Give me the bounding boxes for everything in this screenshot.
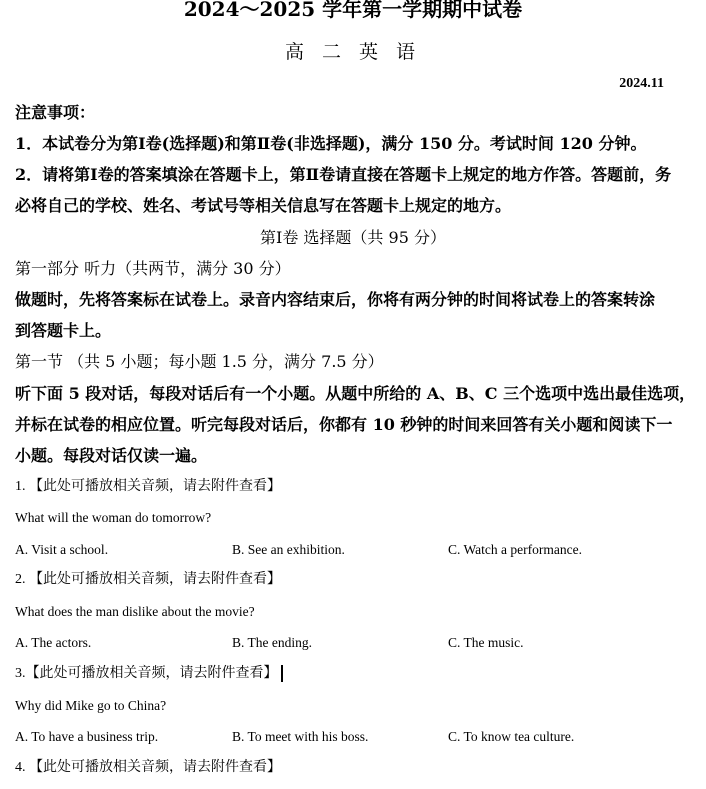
question-1-option-c: C. Watch a performance. <box>448 541 582 559</box>
section-1-instruction-line-3: 小题。每段对话仅读一遍。 <box>15 446 207 466</box>
question-number: 2. <box>15 572 26 587</box>
notice-heading: 注意事项： <box>15 103 95 123</box>
question-number: 3. <box>15 666 26 681</box>
question-2-option-c: C. The music. <box>448 634 524 652</box>
question-1-option-b: B. See an exhibition. <box>232 541 345 559</box>
part-1-heading: 第一部分 听力（共两节，满分 30 分） <box>15 259 291 279</box>
audio-placeholder: 【此处可播放相关音频，请去附件查看】 <box>29 572 281 587</box>
volume-1-heading: 第Ⅰ卷 选择题（共 95 分） <box>0 228 706 248</box>
question-number: 4. <box>15 760 26 775</box>
part-1-instruction-line-2: 到答题卡上。 <box>15 321 111 341</box>
question-1-text: What will the woman do tomorrow? <box>15 509 211 527</box>
question-3-text: Why did Mike go to China? <box>15 697 166 715</box>
audio-placeholder: 【此处可播放相关音频，请去附件查看】 <box>29 479 281 494</box>
section-1-instruction-line-2: 并标在试卷的相应位置。听完每段对话后，你都有 10 秒钟的时间来回答有关小题和阅… <box>15 415 672 435</box>
section-1-heading: 第一节 （共 5 小题；每小题 1.5 分，满分 7.5 分） <box>15 352 384 372</box>
exam-title: 2024～2025 学年第一学期期中试卷 <box>0 0 706 21</box>
audio-placeholder: 【此处可播放相关音频，请去附件查看】 <box>26 666 278 681</box>
audio-placeholder: 【此处可播放相关音频，请去附件查看】 <box>29 760 281 775</box>
question-4-audio[interactable]: 4. 【此处可播放相关音频，请去附件查看】 <box>15 759 281 777</box>
question-2-option-b: B. The ending. <box>232 634 312 652</box>
question-2-audio[interactable]: 2. 【此处可播放相关音频，请去附件查看】 <box>15 571 281 589</box>
question-2-text: What does the man dislike about the movi… <box>15 603 255 621</box>
exam-subject: 高 二 英 语 <box>0 40 706 64</box>
notice-item-1: 1．本试卷分为第Ⅰ卷(选择题)和第Ⅱ卷(非选择题)，满分 150 分。考试时间 … <box>15 134 646 154</box>
section-1-instruction-line-1: 听下面 5 段对话，每段对话后有一个小题。从题中所给的 A、B、C 三个选项中选… <box>15 384 695 404</box>
question-number: 1. <box>15 479 26 494</box>
question-1-audio[interactable]: 1. 【此处可播放相关音频，请去附件查看】 <box>15 478 281 496</box>
question-3-option-c: C. To know tea culture. <box>448 728 574 746</box>
exam-date: 2024.11 <box>619 76 664 92</box>
question-3-option-a: A. To have a business trip. <box>15 728 158 746</box>
question-1-option-a: A. Visit a school. <box>15 541 108 559</box>
notice-item-2-line-1: 2．请将第Ⅰ卷的答案填涂在答题卡上，第Ⅱ卷请直接在答题卡上规定的地方作答。答题前… <box>15 165 671 185</box>
question-2-option-a: A. The actors. <box>15 634 91 652</box>
notice-item-2-line-2: 必将自己的学校、姓名、考试号等相关信息写在答题卡上规定的地方。 <box>15 196 511 216</box>
part-1-instruction-line-1: 做题时，先将答案标在试卷上。录音内容结束后，你将有两分钟的时间将试卷上的答案转涂 <box>15 290 655 310</box>
text-cursor <box>281 665 283 682</box>
question-3-option-b: B. To meet with his boss. <box>232 728 368 746</box>
question-3-audio[interactable]: 3.【此处可播放相关音频，请去附件查看】 <box>15 665 283 683</box>
